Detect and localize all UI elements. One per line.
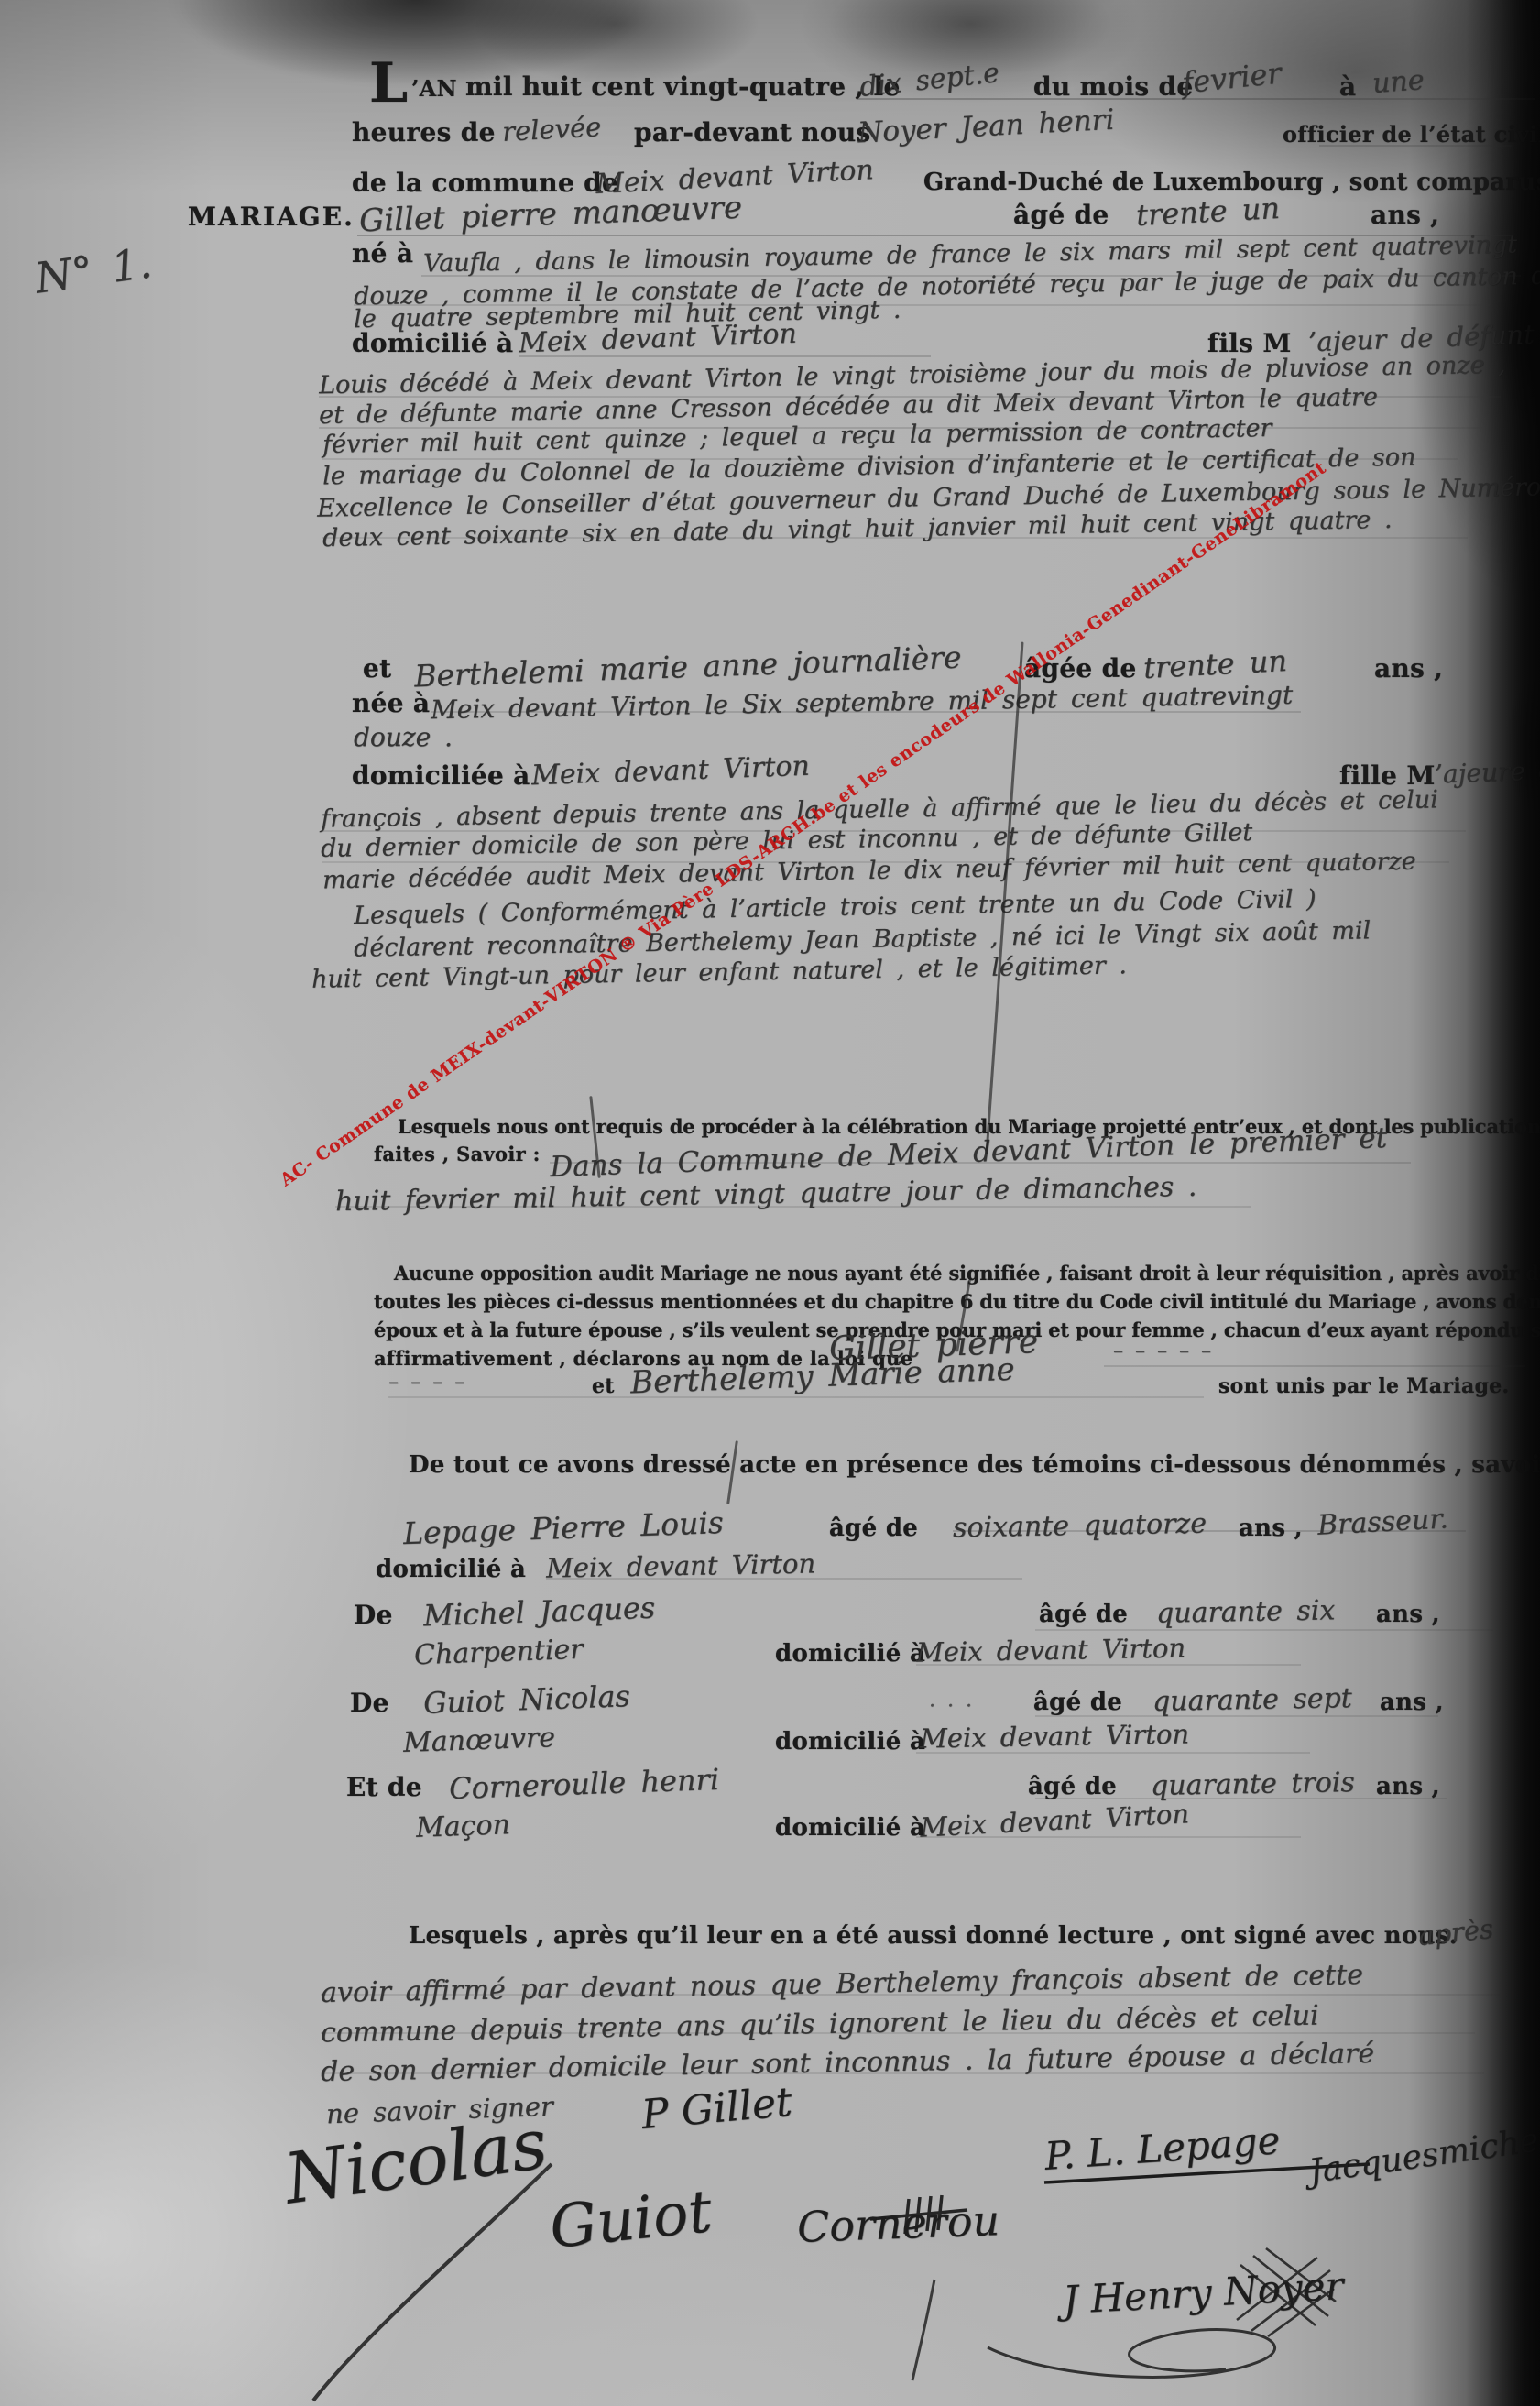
witness-1-name: Lepage Pierre Louis bbox=[402, 1504, 724, 1551]
witness-1-domicile-label: domicilié à bbox=[376, 1556, 526, 1583]
bride-domicile-entry: Meix devant Virton bbox=[530, 750, 810, 793]
bride-filiation-entry: ’ajeure de bbox=[1434, 754, 1540, 789]
opening-line1: mil huit cent vingt-quatre , le bbox=[465, 71, 901, 102]
hour-entry: une bbox=[1371, 64, 1425, 100]
groom-age-entry: trente un bbox=[1135, 191, 1281, 233]
closing-entry-0: après bbox=[1416, 1913, 1494, 1952]
bride-domicile-label: domiciliée à bbox=[352, 760, 530, 791]
witness-2-de-label: De bbox=[354, 1600, 393, 1630]
unis-par-mariage-label: sont unis par le Mariage. bbox=[1218, 1374, 1510, 1398]
opening-line1-mid: du mois de bbox=[1033, 71, 1194, 102]
rule-line bbox=[1035, 1629, 1493, 1631]
witness-4-age-label: âgé de bbox=[1028, 1773, 1117, 1800]
witness-3-age-label: âgé de bbox=[1033, 1689, 1122, 1716]
day-entry: dix sept.e bbox=[858, 57, 1001, 104]
time-of-day-entry: relevée bbox=[501, 111, 602, 148]
rule-line bbox=[1104, 1365, 1525, 1367]
rule-line bbox=[388, 1396, 1204, 1398]
publications-entry-2: huit fevrier mil huit cent vingt quatre … bbox=[335, 1171, 1197, 1218]
groom-age-suffix: ans , bbox=[1371, 200, 1439, 230]
officer-name-entry: Noyer Jean henri bbox=[857, 104, 1115, 150]
groom-age-label: âgé de bbox=[1013, 200, 1109, 230]
witness-3-occupation: Manœuvre bbox=[402, 1722, 555, 1759]
filler-dots: · · · bbox=[929, 1695, 972, 1718]
witness-4-age: quarante trois bbox=[1151, 1766, 1355, 1802]
ceremony-line-2: toutes les pièces ci-dessus mentionnées … bbox=[374, 1290, 1540, 1313]
witness-2-occupation: Charpentier bbox=[413, 1634, 584, 1671]
opening-line2-post: officier de l’état civil bbox=[1283, 121, 1540, 148]
bride-et-label: et bbox=[363, 653, 391, 684]
act-type-label: MARIAGE. bbox=[188, 202, 355, 232]
witness-4-occupation: Maçon bbox=[415, 1809, 510, 1844]
witness-3-domicile-label: domicilié à bbox=[775, 1728, 925, 1755]
witness-4-name: Corneroulle henri bbox=[448, 1762, 719, 1806]
dropcap-initial: L bbox=[369, 51, 409, 115]
bride-born-label: née à bbox=[352, 688, 430, 718]
groom-born-label: né à bbox=[352, 238, 413, 268]
witnesses-intro: De tout ce avons dressé acte en présence… bbox=[409, 1451, 1540, 1479]
act-number: N° 1. bbox=[32, 237, 155, 302]
opening-line1-a: à bbox=[1339, 71, 1356, 102]
witness-4-domicile-label: domicilié à bbox=[775, 1814, 925, 1842]
witness-2-age: quarante six bbox=[1156, 1594, 1336, 1629]
opening-line3-pre: de la commune de bbox=[352, 168, 618, 198]
witness-2-name: Michel Jacques bbox=[422, 1591, 655, 1634]
witness-3-ans: ans , bbox=[1380, 1689, 1444, 1716]
witness-2-domicile: Meix devant Virton bbox=[916, 1632, 1186, 1668]
signature-corneroulle: Cornerou bbox=[796, 2195, 1000, 2252]
month-entry: fevrier bbox=[1180, 55, 1283, 100]
closing-print-line: Lesquels , après qu’il leur en a été aus… bbox=[409, 1922, 1458, 1950]
witness-3-de-label: De bbox=[350, 1688, 389, 1718]
opening-line2-pre: heures de bbox=[352, 117, 496, 148]
filler-dashes: – – – – bbox=[388, 1371, 464, 1394]
bride-name-entry: Berthelemi marie anne journalière bbox=[414, 640, 963, 694]
witness-1-occupation: Brasseur. bbox=[1316, 1503, 1448, 1541]
marriage-record-scan: AC- Commune de MEIX-devant-VIRTON ® Via … bbox=[0, 0, 1540, 2406]
witness-1-age-label: âgé de bbox=[829, 1515, 918, 1542]
witness-1-age: soixante quatorze bbox=[953, 1508, 1207, 1545]
filler-dashes: – – – – – bbox=[1113, 1340, 1211, 1362]
witness-3-domicile: Meix devant Virton bbox=[920, 1718, 1190, 1754]
witness-3-name: Guiot Nicolas bbox=[422, 1679, 630, 1721]
witness-3-age: quarante sept bbox=[1152, 1682, 1352, 1718]
witness-1-ans: ans , bbox=[1239, 1515, 1303, 1542]
witness-2-domicile-label: domicilié à bbox=[775, 1640, 925, 1668]
witness-1-domicile: Meix devant Virton bbox=[546, 1547, 816, 1583]
bride-age-entry: trente un bbox=[1142, 643, 1288, 685]
bride-age-suffix: ans , bbox=[1374, 653, 1443, 684]
witness-4-ans: ans , bbox=[1376, 1773, 1440, 1800]
groom-domicile-label: domicilié à bbox=[352, 328, 513, 358]
witness-2-ans: ans , bbox=[1376, 1601, 1440, 1628]
opening-line2-mid: par-devant nous bbox=[634, 117, 871, 148]
opening-line3-post: Grand-Duché de Luxembourg , sont comparu… bbox=[923, 169, 1540, 196]
opening-smallcaps: ’AN bbox=[411, 75, 457, 102]
witness-2-age-label: âgé de bbox=[1039, 1601, 1128, 1628]
publications-line-2: faites , Savoir : bbox=[374, 1143, 541, 1165]
witness-4-de-label: Et de bbox=[346, 1772, 422, 1802]
bride-birth-entry-2: douze . bbox=[354, 722, 453, 752]
vow-et-label: et bbox=[592, 1374, 615, 1398]
